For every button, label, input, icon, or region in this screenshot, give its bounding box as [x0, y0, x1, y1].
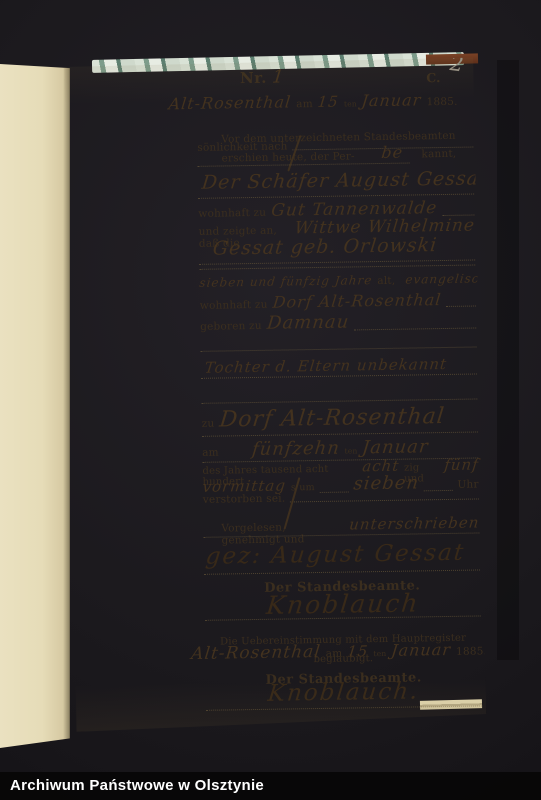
photo-background: Nr. 1 C. 2 Alt-Rosenthal am 15ten Januar…: [0, 0, 541, 800]
deceased-name-2-handwritten: Gessat geb. Orlowski: [198, 234, 439, 260]
residence-label: wohnhaft zu: [198, 207, 266, 220]
cert-place-handwritten: Alt-Rosenthal: [190, 642, 322, 664]
dateline-am: am: [296, 98, 313, 110]
death-place-line: zu Dorf Alt-Rosenthal: [201, 403, 477, 436]
approval-handwritten: unterschrieben: [348, 513, 480, 533]
parents-line: Tochter d. Eltern unbekannt: [201, 353, 477, 378]
nr-value-handwritten: 1: [271, 66, 286, 87]
age-printed: alt,: [377, 275, 395, 287]
dateline: Alt-Rosenthal am 15ten Januar 1885.: [169, 90, 473, 114]
cert-day-suffix: ten: [373, 649, 386, 658]
birthplace-handwritten: Damnau: [266, 311, 350, 333]
birthplace-line: geboren zu Damnau: [200, 310, 476, 335]
age-handwritten: sieben und fünfzig Jahre: [199, 273, 373, 290]
dateline-month: Januar: [361, 90, 423, 110]
dateline-place: Alt-Rosenthal: [168, 92, 293, 113]
death-register-page: Nr. 1 C. 2 Alt-Rosenthal am 15ten Januar…: [64, 57, 486, 731]
dateline-day-suffix: ten: [344, 99, 357, 108]
record-number-line: Nr. 1: [124, 65, 400, 90]
book-cover-seam: [497, 60, 519, 660]
ruled-blank: [290, 497, 479, 502]
death-day-suffix: ten: [345, 446, 358, 455]
declarant-signature: gez: August Gessat: [202, 540, 466, 570]
previous-page-edge: [0, 64, 70, 748]
registrar-signature2-line: Knoblauch.: [206, 677, 482, 710]
declarant-line: Der Schäfer August Gessat: [198, 168, 474, 199]
archive-watermark-bar: Archiwum Państwowe w Olsztynie: [0, 772, 541, 800]
ruled-blank-line: [199, 264, 475, 270]
registrar-signature-line: Knoblauch: [204, 587, 480, 620]
cert-month-handwritten: Januar: [390, 640, 452, 660]
known-printed: kannt,: [421, 148, 456, 161]
death-day-handwritten: fünfzehn: [251, 438, 341, 460]
cert-year: 1885.: [456, 645, 487, 657]
death-day-label: am: [202, 447, 219, 459]
religion-handwritten: evangelischer: [405, 271, 504, 287]
registrar-signature: Knoblauch: [265, 588, 421, 619]
cert-am: am: [326, 648, 343, 660]
intro-text-2: sönlichkeit nach: [197, 140, 287, 153]
registrar-signature-2: Knoblauch.: [267, 678, 421, 706]
deceased-name-2-line: Gessat geb. Orlowski: [199, 234, 475, 265]
ruled-blank: [354, 326, 476, 330]
death-month-handwritten: Januar: [361, 436, 430, 458]
ruled-blank-line: [201, 397, 477, 403]
nr-label: Nr.: [240, 69, 267, 87]
parents-note-handwritten: Tochter d. Eltern unbekannt: [200, 355, 448, 377]
residence2-label: wohnhaft zu: [200, 299, 268, 312]
cert-day-handwritten: 15: [346, 642, 369, 660]
ruled-blank-line: [201, 345, 477, 351]
series-letter: C.: [426, 70, 440, 85]
known-handwritten: be: [380, 143, 404, 162]
death-place-label: zu: [202, 418, 215, 430]
age-religion-line: sieben und fünfzig Jahre alt, evangelisc…: [199, 272, 475, 290]
declarant-name-handwritten: Der Schäfer August Gessat: [197, 167, 489, 194]
residence2-handwritten: Dorf Alt-Rosenthal: [272, 290, 443, 312]
death-place-handwritten: Dorf Alt-Rosenthal: [218, 404, 446, 433]
archive-watermark-text: Archiwum Państwowe w Olsztynie: [10, 777, 264, 794]
dateline-day: 15: [317, 93, 340, 111]
birthplace-label: geboren zu: [200, 320, 262, 333]
ruled-blank: [446, 305, 476, 307]
closing-printed: verstorben sei.: [203, 493, 286, 506]
declarant-signature-line: gez: August Gessat: [204, 539, 480, 574]
dateline-year: 1885.: [426, 96, 457, 108]
